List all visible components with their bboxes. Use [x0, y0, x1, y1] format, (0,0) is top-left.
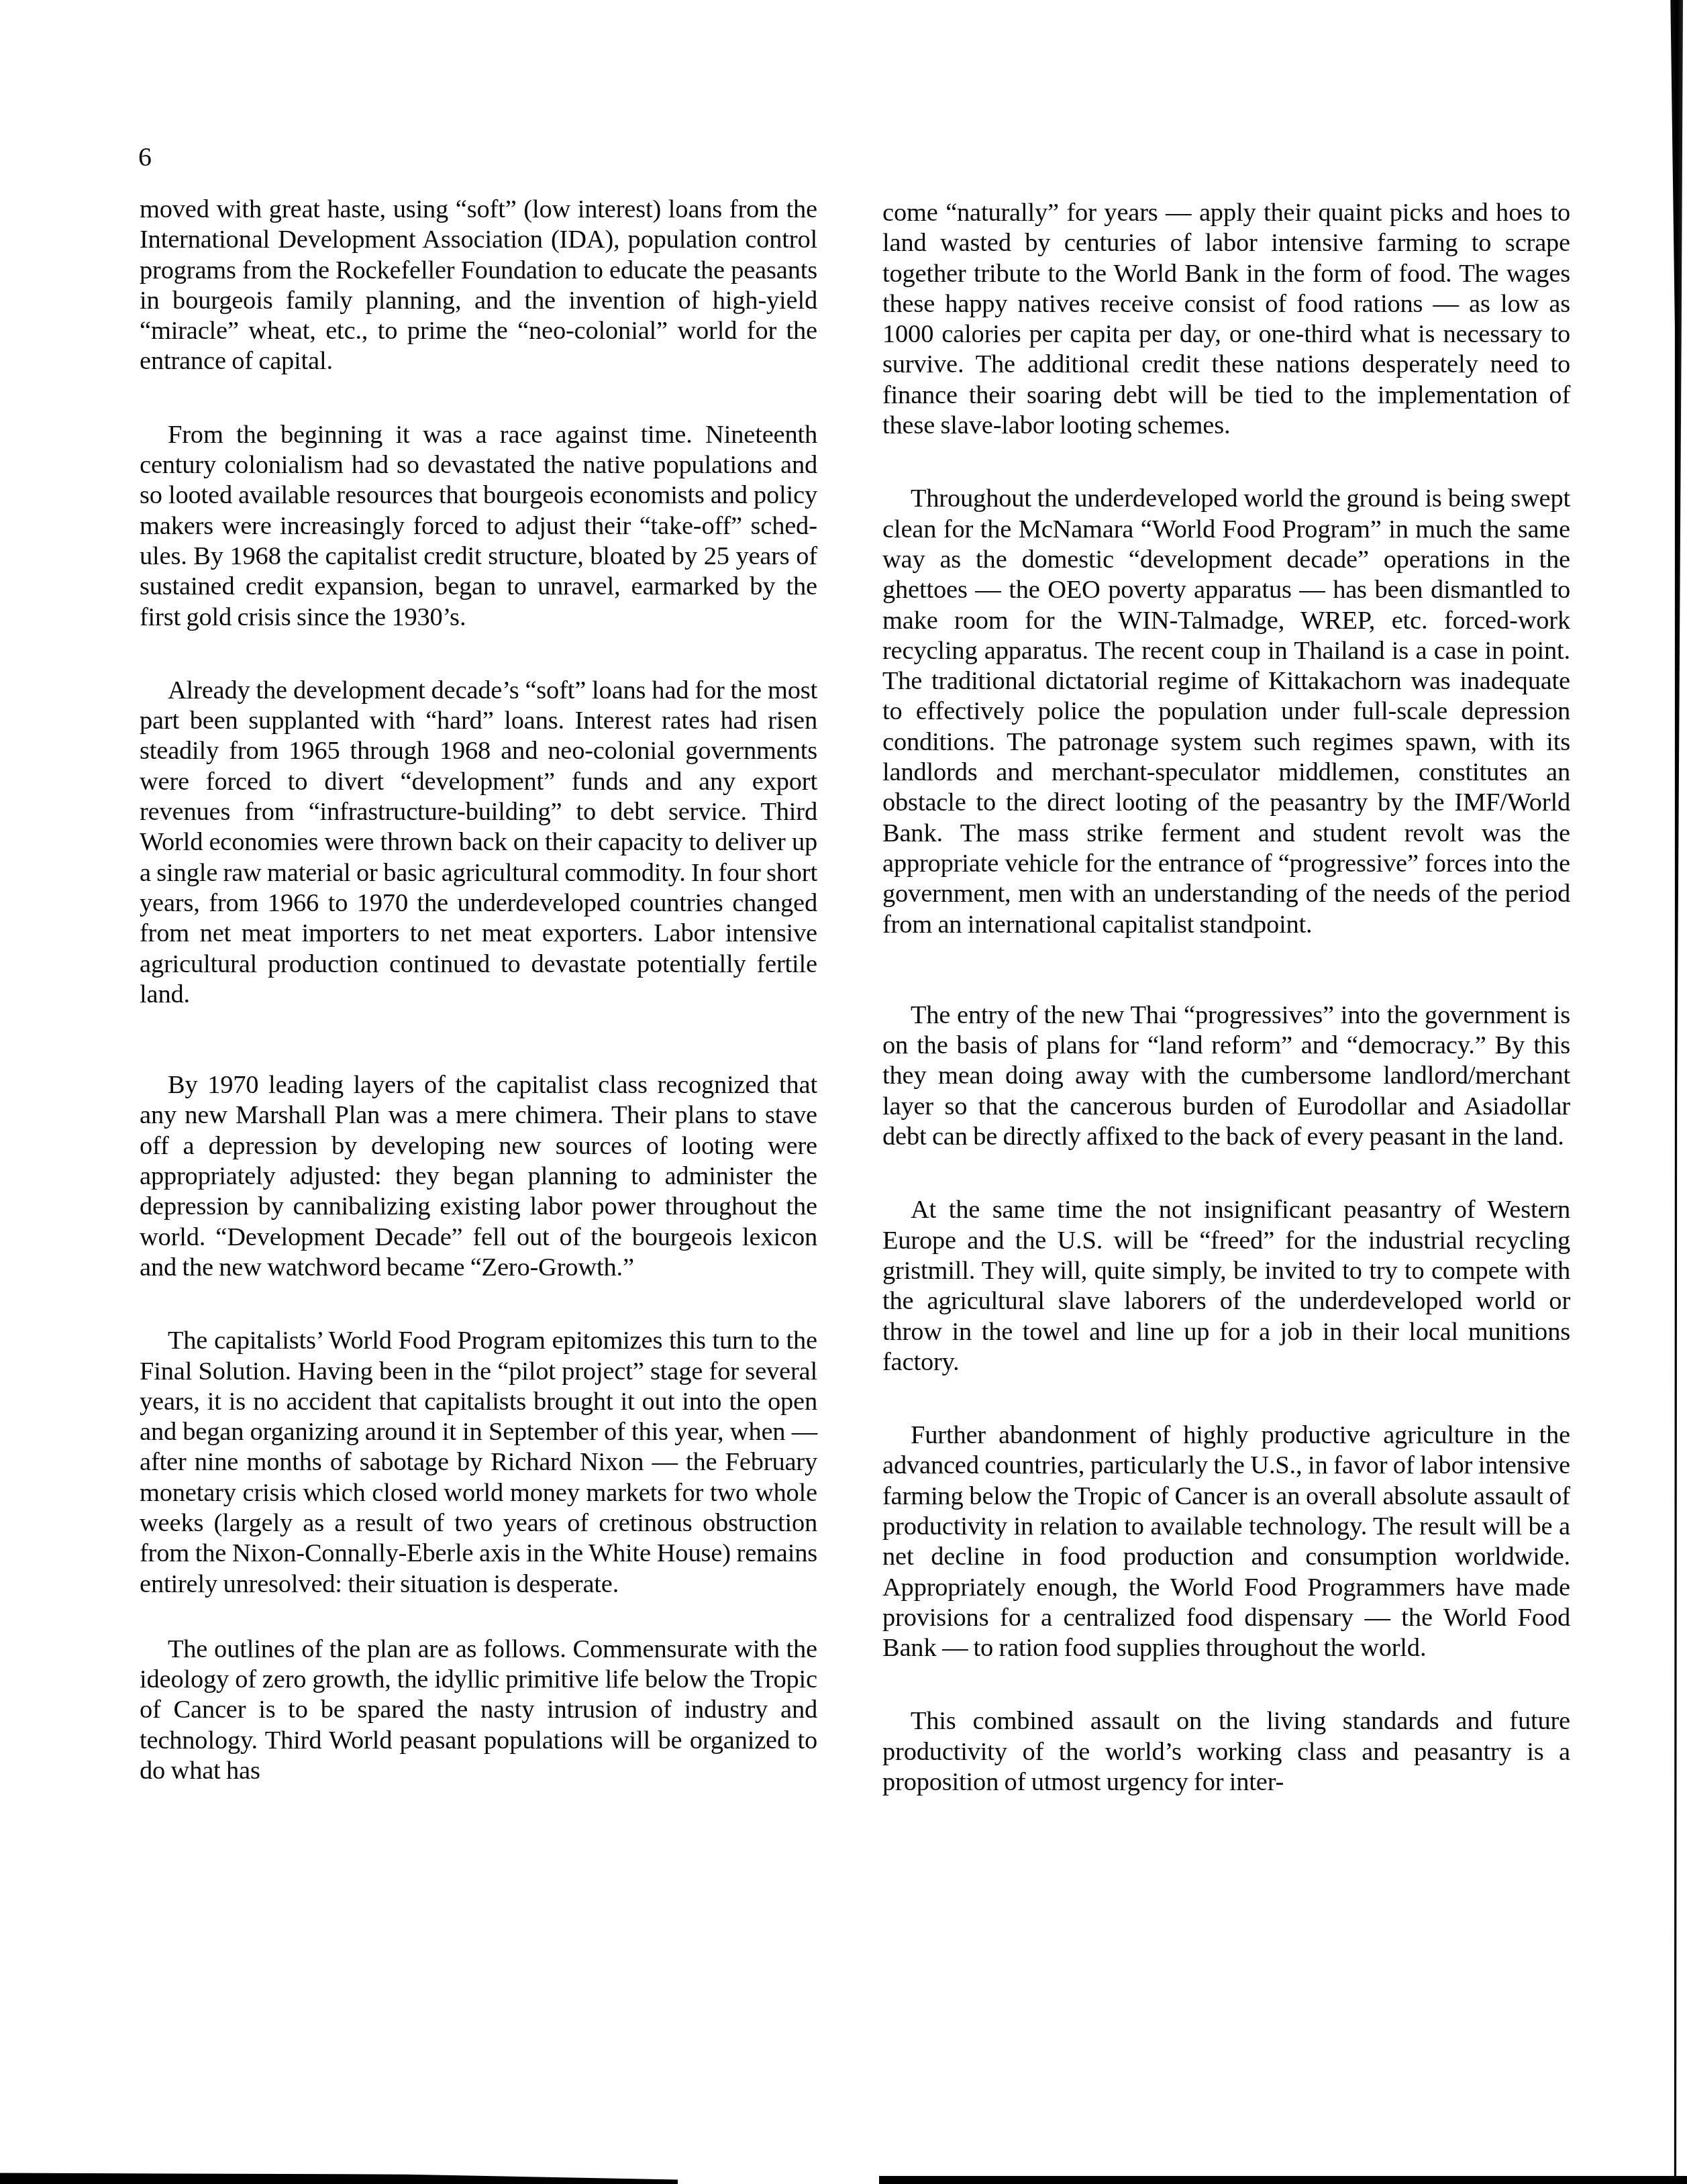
paragraph-thailand-coup: Throughout the underdeveloped world the … — [882, 484, 1570, 939]
paragraph-world-food-program: The capitalists’ World Food Program epit… — [140, 1326, 817, 1600]
scan-edge-bottom-left — [0, 2169, 678, 2184]
paragraph-plan-outline: The outlines of the plan are as follows.… — [140, 1634, 817, 1786]
paragraph-soft-loans: Already the development decade’s “soft” … — [140, 676, 817, 1010]
paragraph-come-naturally: come “naturally” for years — apply their… — [882, 198, 1570, 441]
paragraph-zero-growth: By 1970 leading layers of the capitalist… — [140, 1070, 817, 1283]
paragraph-continued: moved with great haste, using “soft” (lo… — [140, 195, 817, 377]
scan-edge-right — [1668, 0, 1683, 2184]
paragraph-abandonment-agriculture: Further abandonment of highly productive… — [882, 1420, 1570, 1663]
paragraph-combined-assault: This combined assault on the living stan… — [882, 1706, 1570, 1798]
page-number: 6 — [138, 141, 152, 173]
scan-edge-bottom-right — [879, 2176, 1687, 2184]
left-column: moved with great haste, using “soft” (lo… — [140, 195, 817, 1786]
right-column: come “naturally” for years — apply their… — [882, 198, 1570, 1798]
paragraph-thai-progressives: The entry of the new Thai “progressives”… — [882, 1000, 1570, 1152]
paragraph-western-peasantry: At the same time the not insignificant p… — [882, 1195, 1570, 1377]
paragraph-race-against-time: From the beginning it was a race against… — [140, 420, 817, 633]
document-page: 6 moved with great haste, using “soft” (… — [0, 0, 1687, 2184]
